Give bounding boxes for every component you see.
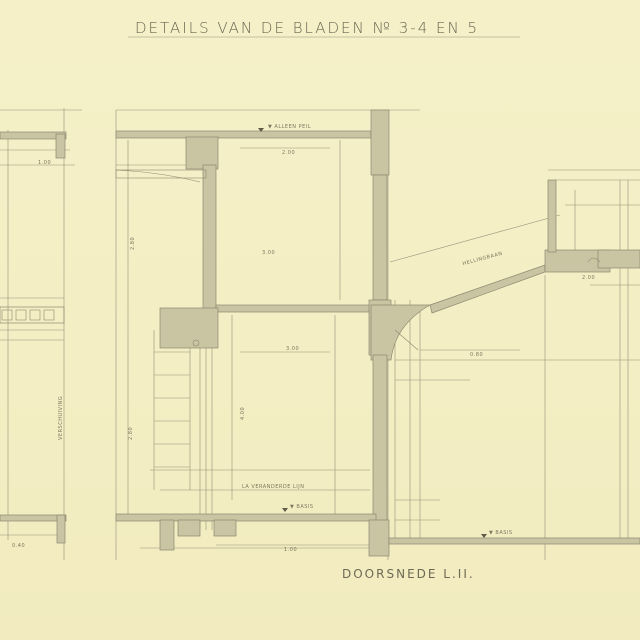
architectural-drawing-sheet: DETAILS VAN DE BLADEN № 3-4 EN 5 DOORSNE… xyxy=(0,0,640,640)
dimension-label: 2.80 xyxy=(130,237,136,250)
section-drawing xyxy=(0,0,640,640)
dimension-label: 0.80 xyxy=(470,352,483,358)
dimension-label: 2.00 xyxy=(282,150,295,156)
left-vertical-label: VERSCHUIVING xyxy=(58,396,64,440)
dimension-label: 2.80 xyxy=(128,427,134,440)
dimension-label: 3.00 xyxy=(286,346,299,352)
dimension-label: 4.00 xyxy=(240,407,246,420)
dimension-label: 3.00 xyxy=(262,250,275,256)
floor-level-label: ▼ BASIS xyxy=(290,504,314,510)
roof-level-label: ▼ ALLEEN PEIL xyxy=(268,124,311,130)
drawing-title: DETAILS VAN DE BLADEN № 3-4 EN 5 xyxy=(135,19,479,37)
dimension-label: 1.00 xyxy=(38,160,51,166)
section-label: DOORSNEDE L.II. xyxy=(342,567,475,581)
right-floor-level-label: ▼ BASIS xyxy=(489,530,513,536)
lower-note-label: LA VERANDERDE LIJN xyxy=(242,484,304,490)
dimension-label: 1.00 xyxy=(284,547,297,553)
dimension-label: 2.00 xyxy=(582,275,595,281)
dimension-label: 0.40 xyxy=(12,543,25,549)
